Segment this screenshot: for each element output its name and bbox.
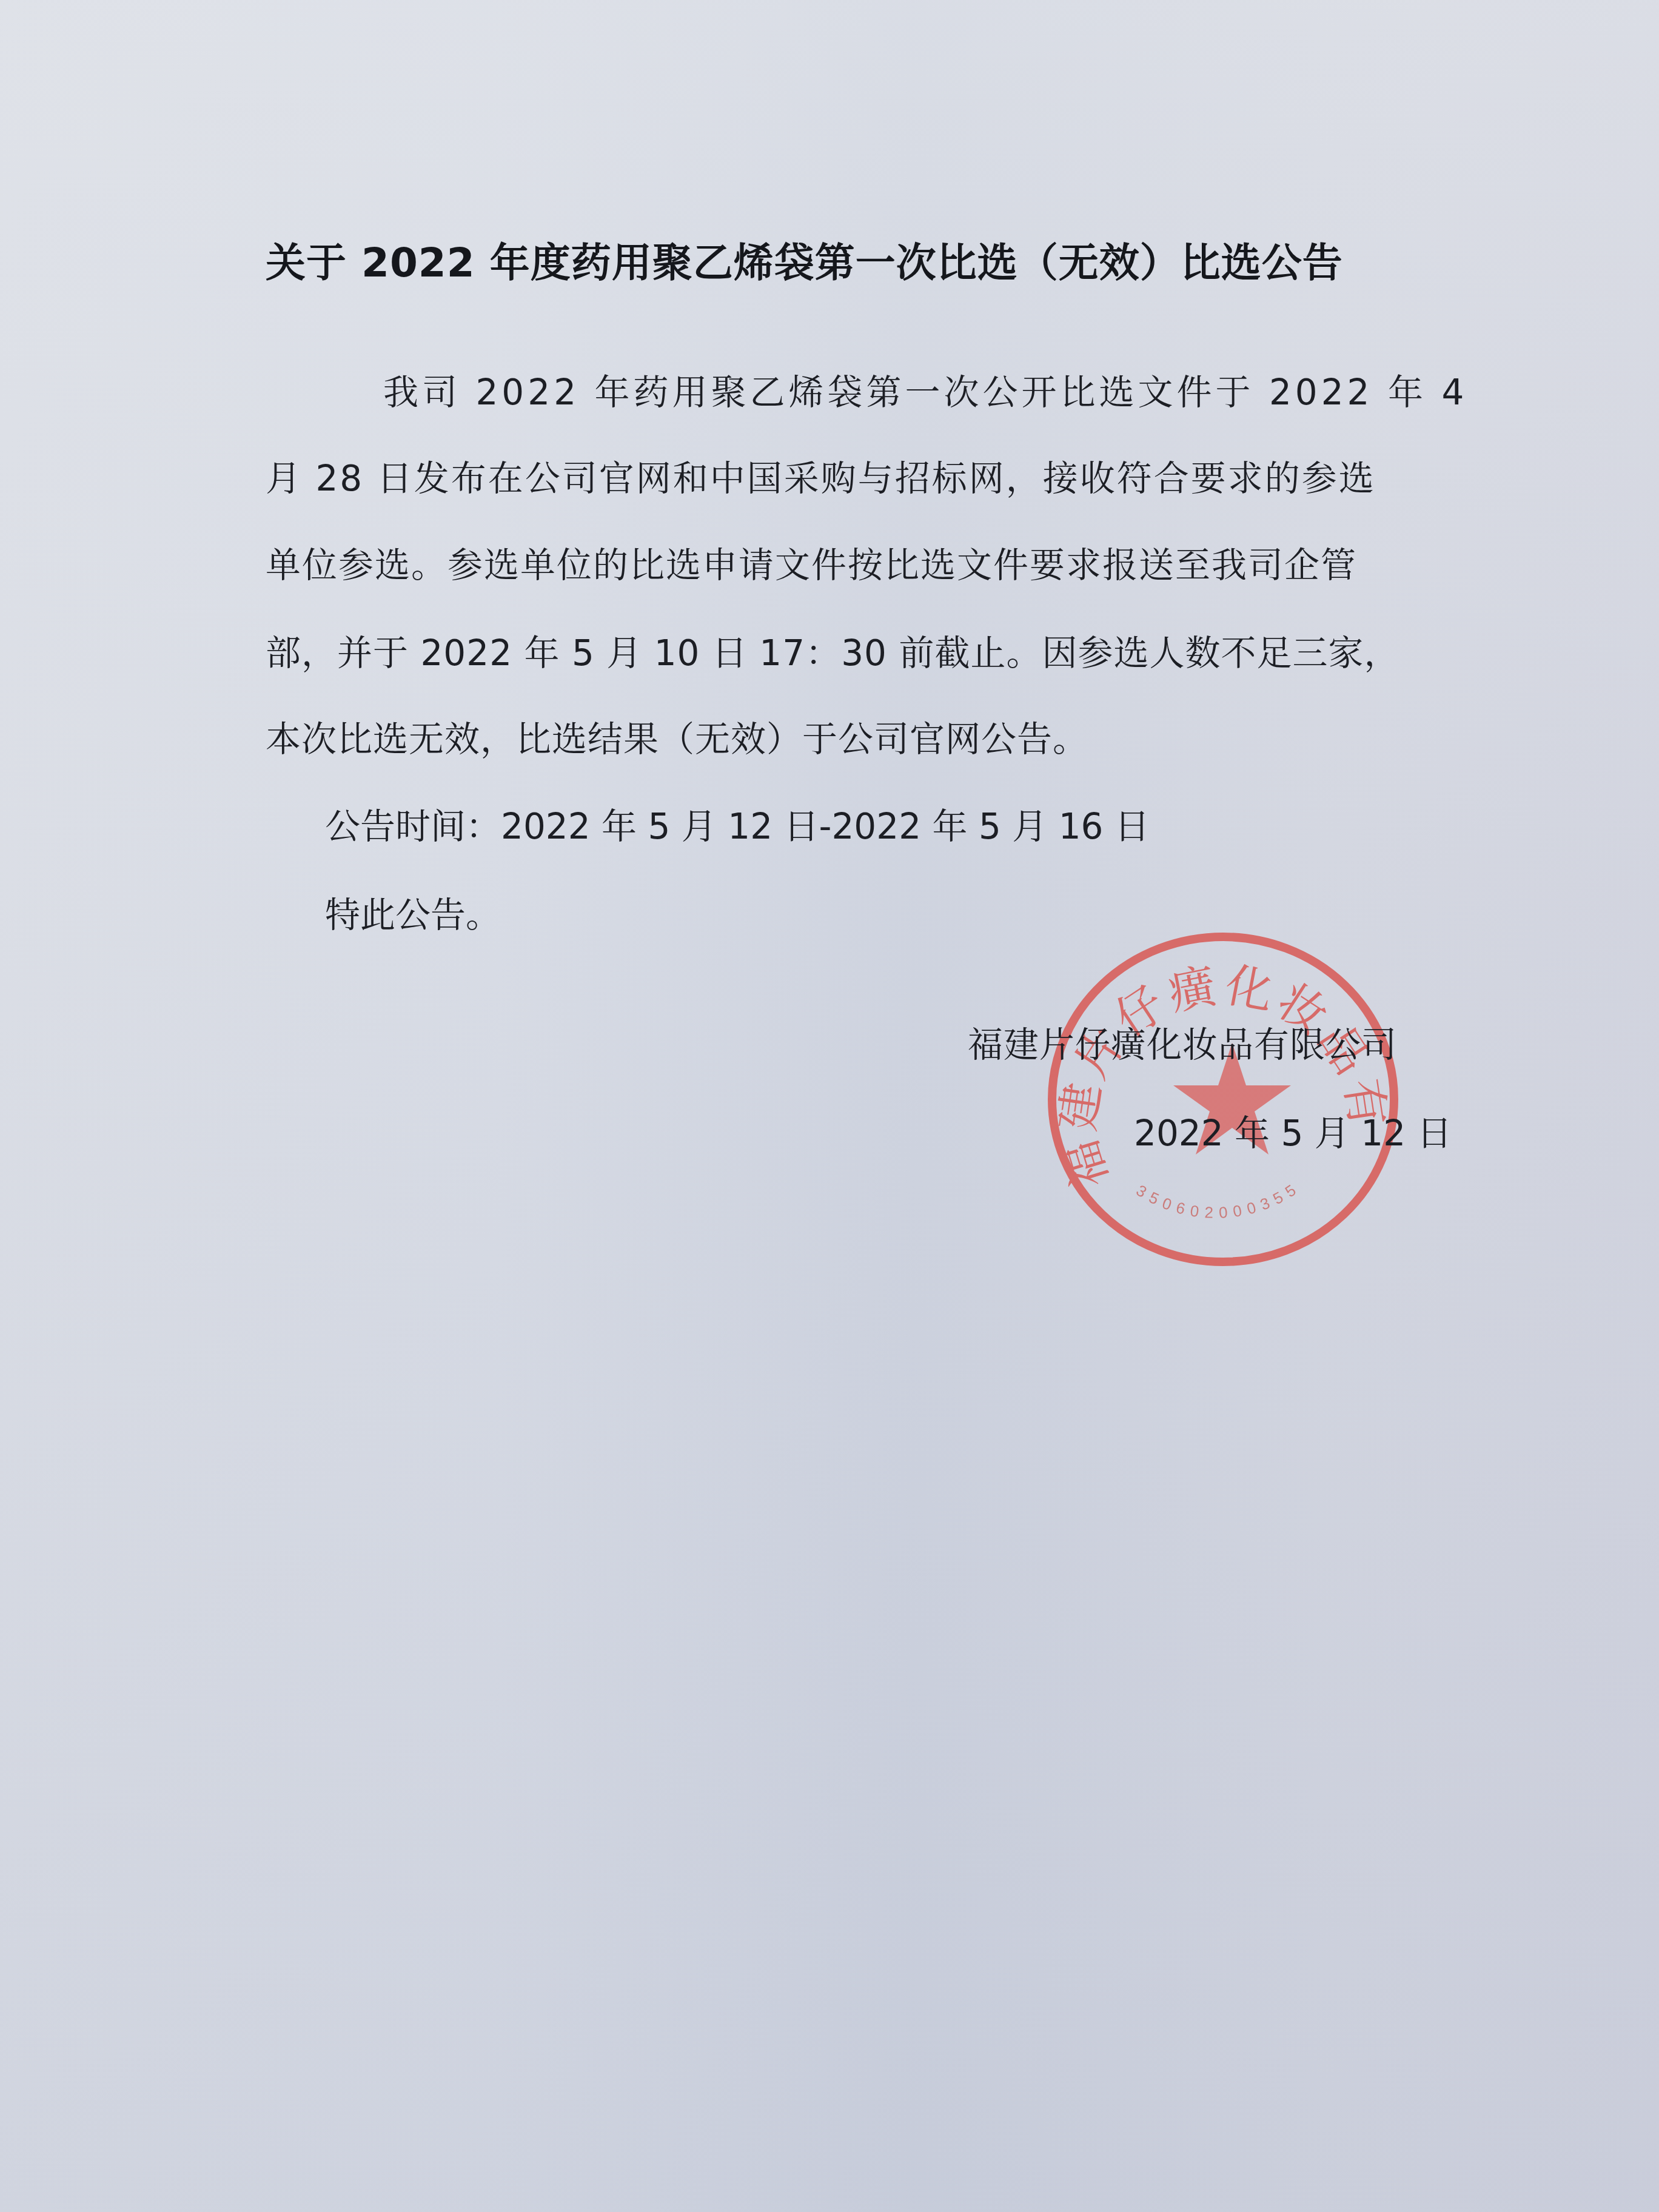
body-paragraph-line-2: 月 28 日发布在公司官网和中国采购与招标网，接收符合要求的参选 xyxy=(266,450,1376,501)
body-paragraph-line-4: 部，并于 2022 年 5 月 10 日 17：30 前截止。因参选人数不足三家… xyxy=(266,625,1399,675)
body-paragraph-line-3: 单位参选。参选单位的比选申请文件按比选文件要求报送至我司企管 xyxy=(266,537,1357,588)
signing-date: 2022 年 5 月 12 日 xyxy=(1134,1105,1452,1156)
closing-remark: 特此公告。 xyxy=(325,886,501,937)
body-paragraph-line-5: 本次比选无效，比选结果（无效）于公司官网公告。 xyxy=(266,711,1088,762)
body-paragraph-line-1: 我司 2022 年药用聚乙烯袋第一次公开比选文件于 2022 年 4 xyxy=(383,364,1467,415)
document-title: 关于 2022 年度药用聚乙烯袋第一次比选（无效）比选公告 xyxy=(266,230,1343,288)
signing-company: 福建片仔癀化妆品有限公司 xyxy=(968,1016,1397,1067)
company-seal: 福建片仔癀化妆品有限公司 350602000355 xyxy=(1044,927,1402,1272)
document-page: 关于 2022 年度药用聚乙烯袋第一次比选（无效）比选公告 我司 2022 年药… xyxy=(0,0,1659,2212)
seal-code: 350602000355 xyxy=(1133,1178,1304,1222)
notice-period: 公告时间：2022 年 5 月 12 日-2022 年 5 月 16 日 xyxy=(325,798,1150,849)
